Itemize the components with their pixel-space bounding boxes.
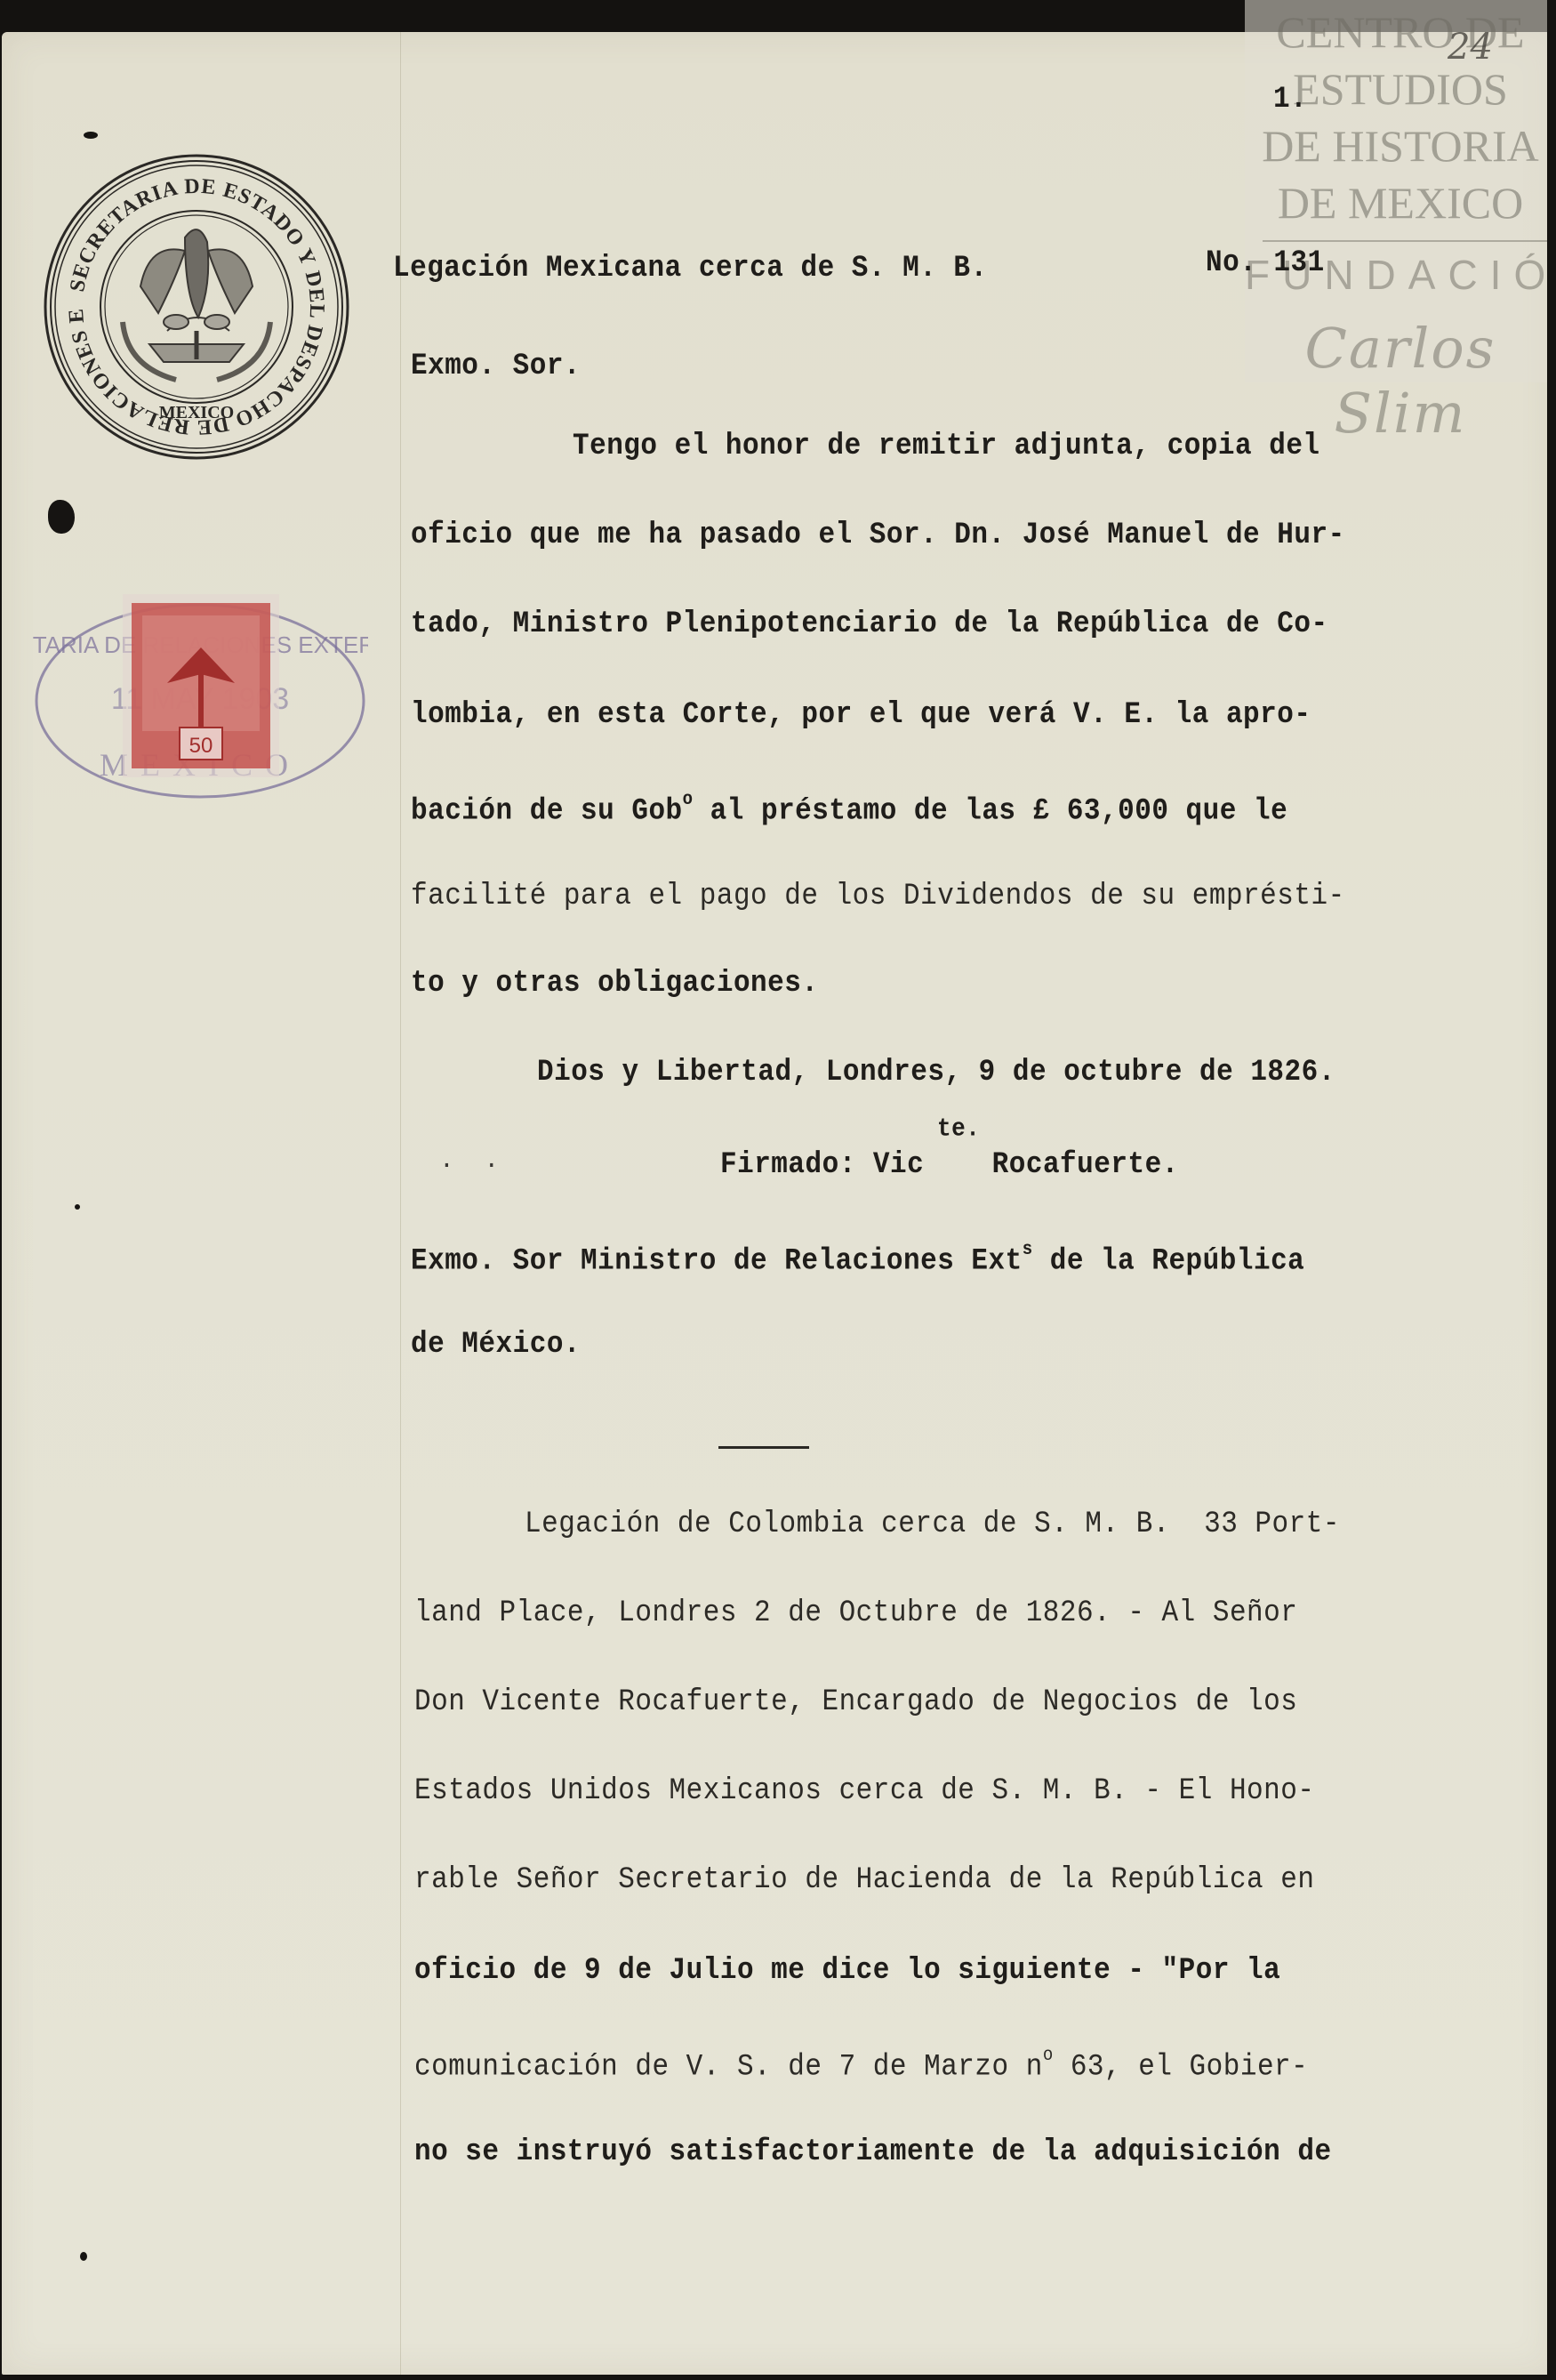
- letter-signature: Firmado: Vic Rocafuerte.: [720, 1147, 1179, 1182]
- copy-line: Don Vicente Rocafuerte, Encargado de Neg…: [414, 1684, 1297, 1719]
- punch-hole-middle: [48, 500, 75, 534]
- body-line: tado, Ministro Plenipotenciario de la Re…: [411, 607, 1328, 641]
- body-line: lombia, en esta Corte, por el que verá V…: [411, 697, 1311, 732]
- stray-marks: . .: [439, 1147, 499, 1175]
- punch-hole-small: [75, 1204, 80, 1210]
- letter-number: No. 131: [1206, 245, 1325, 280]
- copy-line: land Place, Londres 2 de Octubre de 1826…: [414, 1596, 1297, 1630]
- copy-line: no se instruyó satisfactoriamente de la …: [414, 2135, 1332, 2169]
- letter-salutation: Exmo. Sor.: [411, 349, 581, 383]
- addressee-text: de la República: [1033, 1244, 1305, 1279]
- copy-line: comunicación de V. S. de 7 de Marzo no 6…: [414, 2044, 1308, 2085]
- revenue-stamp-icon: 50: [123, 594, 279, 777]
- copy-line: rable Señor Secretario de Hacienda de la…: [414, 1862, 1314, 1897]
- body-line: oficio que me ha pasado el Sor. Dn. José…: [411, 518, 1345, 552]
- body-line: bación de su Gobo al préstamo de las £ 6…: [411, 788, 1287, 829]
- body-line: Tengo el honor de remitir adjunta, copia…: [573, 429, 1320, 463]
- signature-superscript: te.: [937, 1114, 980, 1144]
- body-text: bación de su Gob: [411, 794, 683, 829]
- archive-watermark: CENTRO DE ESTUDIOS DE HISTORIA DE MEXICO…: [1245, 0, 1556, 382]
- watermark-divider: [1263, 240, 1556, 242]
- svg-text:MEXICO: MEXICO: [159, 403, 234, 422]
- page-number: 1.: [1273, 82, 1307, 117]
- addressee-line: de México.: [411, 1327, 581, 1362]
- copy-text: comunicación de V. S. de 7 de Marzo n: [414, 2050, 1043, 2085]
- superscript: o: [683, 788, 694, 810]
- watermark-line: DE HISTORIA: [1245, 117, 1556, 174]
- page-fold-line: [400, 32, 401, 2375]
- letter-closing: Dios y Libertad, Londres, 9 de octubre d…: [537, 1055, 1335, 1089]
- copy-text: 63, el Gobier-: [1054, 2050, 1309, 2085]
- watermark-line: DE MEXICO: [1245, 174, 1556, 231]
- secretaria-seal-icon: SECRETARIA DE ESTADO Y DEL DESPACHO DE R…: [43, 153, 350, 461]
- superscript: s: [1023, 1238, 1033, 1260]
- scan-border: [1547, 0, 1556, 2380]
- copy-line: Estados Unidos Mexicanos cerca de S. M. …: [414, 1773, 1314, 1808]
- punch-hole-top: [84, 132, 98, 139]
- punch-hole-bottom: [80, 2252, 87, 2261]
- copy-line: Legación de Colombia cerca de S. M. B. 3…: [525, 1507, 1340, 1541]
- body-line: to y otras obligaciones.: [411, 966, 818, 1001]
- body-text: al préstamo de las £ 63,000 que le: [694, 794, 1288, 829]
- svg-text:SECRETARIA DE ESTADO Y DEL DES: SECRETARIA DE ESTADO Y DEL DESPACHO DE R…: [43, 153, 328, 438]
- watermark-signature: Carlos Slim: [1245, 316, 1556, 446]
- copy-line: oficio de 9 de Julio me dice lo siguient…: [414, 1953, 1280, 1988]
- body-line: facilité para el pago de los Dividendos …: [411, 879, 1345, 913]
- section-divider: [718, 1446, 809, 1449]
- handwritten-folio-number: 24: [1448, 27, 1493, 68]
- superscript: o: [1043, 2044, 1054, 2066]
- letter-header-legation: Legación Mexicana cerca de S. M. B.: [393, 251, 988, 285]
- svg-text:50: 50: [189, 734, 213, 758]
- addressee-text: Exmo. Sor Ministro de Relaciones Ext: [411, 1244, 1023, 1279]
- watermark-line: CENTRO DE: [1245, 4, 1556, 60]
- addressee-line: Exmo. Sor Ministro de Relaciones Exts de…: [411, 1238, 1304, 1279]
